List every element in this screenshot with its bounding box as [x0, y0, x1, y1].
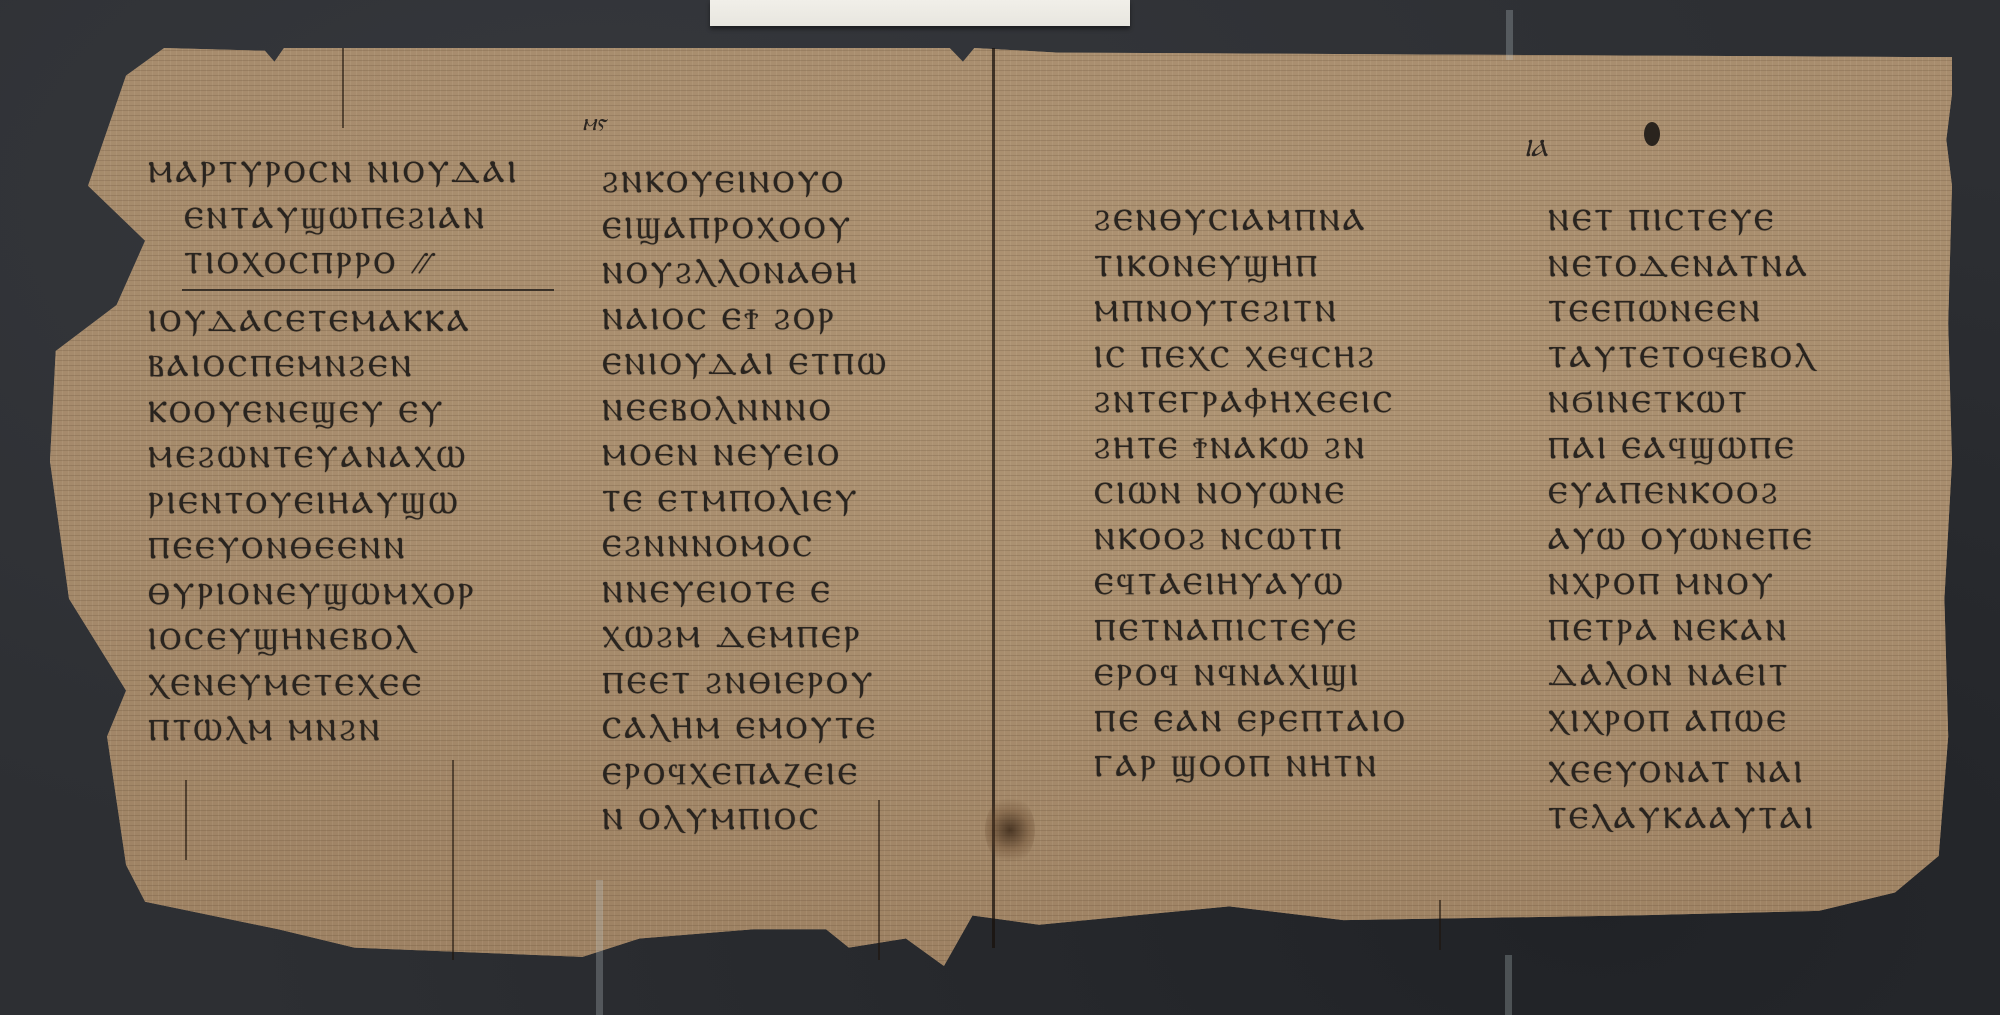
- text-line: ⲬⲈⲚⲈⲨⲘⲈⲦⲈⲬⲈⲈ: [148, 663, 519, 709]
- text-line: ⲄⲀⲢ ϢⲞⲞⲠ ⲚⲎⲦⲚ: [1094, 744, 1408, 790]
- text-line: ⲚϬⲒⲚⲈⲦⲔⲰⲦ: [1548, 380, 1817, 426]
- text-line: ⲚⲈⲦ ⲠⲒⲤⲦⲈⲨⲈ: [1548, 198, 1817, 244]
- papyrus-crack: [1439, 900, 1441, 950]
- mounting-tape: [1505, 955, 1512, 1015]
- text-line: ⲠⲦⲰⲖⲘ ⲘⲚϨⲚ: [148, 708, 519, 754]
- papyrus-crack: [185, 780, 187, 860]
- text-line: ⲦⲒⲞⲬⲞⲤⲠⲢⲢⲞ ⳼: [148, 241, 519, 287]
- text-line: ⲚⲔⲞⲞϨ ⲚⲤⲰⲦⲠ: [1094, 517, 1408, 563]
- text-line: ⲬⲰϨⲘ ⲆⲈⲘⲠⲈⲢ: [602, 615, 889, 661]
- right-leaf-column-1: ϨⲈⲚⲐⲨⲤⲒⲀⲘⲠⲚⲀ ⲦⲒⲔⲞⲚⲈⲨϢⲎⲠ ⲘⲠⲚⲞⲨⲦⲈϨⲒⲦⲚ ⲒⲤ Ⲡ…: [1094, 198, 1408, 790]
- text-line: ⲂⲀⲒⲞⲤⲠⲈⲘⲚϨⲈⲚ: [148, 344, 519, 390]
- text-line: ⲠⲈⲈⲦ ϨⲚⲐⲒⲈⲢⲞⲨ: [602, 661, 889, 707]
- text-line: ⲘⲠⲚⲞⲨⲦⲈϨⲒⲦⲚ: [1094, 289, 1408, 335]
- text-line: ⲠⲀⲒ ⲈⲀϤϢⲰⲠⲈ: [1548, 426, 1817, 472]
- dark-stain: [985, 795, 1035, 865]
- text-line: ⲦⲈ ⲈⲦⲘⲠⲞⲖⲒⲈⲨ: [602, 479, 889, 525]
- text-line: ϨⲎⲦⲈ ϮⲚⲀⲔⲰ ϨⲚ: [1094, 426, 1408, 472]
- text-line: ⲤⲀⲖⲎⲘ ⲈⲘⲞⲨⲦⲈ: [602, 706, 889, 752]
- text-line: ⲈⲚⲦⲀⲨϢⲰⲠⲈϨⲒⲀⲚ: [148, 196, 519, 242]
- text-line: ϨⲚⲔⲞⲨⲈⲒⲚⲞⲨⲞ: [602, 160, 889, 206]
- papyrus-crack: [342, 48, 344, 128]
- text-line: ⲤⲒⲰⲚ ⲚⲞⲨⲰⲚⲈ: [1094, 471, 1408, 517]
- text-line: ⲘⲈϨⲰⲚⲦⲈⲨⲀⲚⲀⲬⲰ: [148, 435, 519, 481]
- text-line: ⲚⲈⲦⲞⲆⲈⲚⲀⲦⲚⲀ: [1548, 244, 1817, 290]
- text-line: ⲚⲞⲨϨⲖⲖⲞⲚⲀⲐⲎ: [602, 251, 889, 297]
- text-line: ⲬⲈⲈⲨⲞⲚⲀⲦ ⲚⲀⲒ: [1548, 750, 1817, 796]
- text-line: ⲠⲈ ⲈⲀⲚ ⲈⲢⲈⲠⲦⲀⲒⲞ: [1094, 699, 1408, 745]
- text-line: ⲦⲈⲈⲠⲰⲚⲈⲈⲚ: [1548, 289, 1817, 335]
- ink-blot: [1644, 122, 1660, 146]
- text-line: ⲢⲒⲈⲚⲦⲞⲨⲈⲒⲎⲀⲨϢⲰ: [148, 481, 519, 527]
- text-line: ⲀⲨⲰ ⲞⲨⲰⲚⲈⲠⲈ: [1548, 517, 1817, 563]
- text-line: ⲚⲚⲈⲨⲈⲒⲞⲦⲈ Ⲉ: [602, 570, 889, 616]
- mounting-tape: [1506, 10, 1513, 60]
- papyrus-crack: [452, 760, 454, 960]
- text-line: ⲦⲒⲔⲞⲚⲈⲨϢⲎⲠ: [1094, 244, 1408, 290]
- right-page-number: ⲒⲀ: [1524, 134, 1548, 162]
- text-line: ⲒⲞⲤⲈⲨϢⲎⲚⲈⲂⲞⲖ: [148, 617, 519, 663]
- text-line: ϨⲈⲚⲐⲨⲤⲒⲀⲘⲠⲚⲀ: [1094, 198, 1408, 244]
- text-line: ⲠⲈⲦⲚⲀⲠⲒⲤⲦⲈⲨⲈ: [1094, 608, 1408, 654]
- text-line: ⲒⲞⲨⲆⲀⲤⲈⲦⲈⲘⲀⲔⲔⲀ: [148, 299, 519, 345]
- mounting-tape: [596, 880, 603, 1015]
- text-line: ⲒⲤ ⲠⲈⲬⲤ ⲬⲈϤⲤⲎϨ: [1094, 335, 1408, 381]
- text-line: ⲈⲢⲞϤⲬⲈⲠⲀⲌⲈⲒⲈ: [602, 752, 889, 798]
- paper-label-strip: [710, 0, 1130, 26]
- text-line: ⲘⲀⲢⲦⲨⲢⲞⲤⲚ ⲚⲒⲞⲨⲆⲀⲒ: [148, 150, 519, 196]
- text-line: ⲬⲒⲬⲢⲞⲠ ⲀⲠⲰⲈ: [1548, 699, 1817, 745]
- left-leaf-column-1: ⲘⲀⲢⲦⲨⲢⲞⲤⲚ ⲚⲒⲞⲨⲆⲀⲒ ⲈⲚⲦⲀⲨϢⲰⲠⲈϨⲒⲀⲚ ⲦⲒⲞⲬⲞⲤⲠⲢ…: [148, 150, 519, 754]
- text-line: ⲚⲀⲒⲞⲤ ⲈϮ ϨⲞⲢ: [602, 297, 889, 343]
- text-line: ⲈⲒϢⲀⲠⲢⲞⲬⲞⲞⲨ: [602, 206, 889, 252]
- text-line: ⲘⲞⲈⲚ ⲚⲈⲨⲈⲒⲞ: [602, 433, 889, 479]
- text-line: ⲠⲈⲈⲨⲞⲚⲐⲈⲈⲚⲚ: [148, 526, 519, 572]
- right-leaf-column-2: ⲚⲈⲦ ⲠⲒⲤⲦⲈⲨⲈ ⲚⲈⲦⲞⲆⲈⲚⲀⲦⲚⲀ ⲦⲈⲈⲠⲰⲚⲈⲈⲚ ⲦⲀⲨⲦⲈⲦ…: [1548, 198, 1817, 841]
- text-line: ⲦⲈⲖⲀⲨⲔⲀⲀⲨⲦⲀⲒ: [1548, 796, 1817, 842]
- text-line: Ⲛ ⲞⲖⲨⲘⲠⲒⲞⲤ: [602, 797, 889, 843]
- text-line: ⲈⲚⲒⲞⲨⲆⲀⲒ ⲈⲦⲠⲰ: [602, 342, 889, 388]
- text-line: ⲚⲬⲢⲞⲠ ⲘⲚⲞⲨ: [1548, 562, 1817, 608]
- text-line: ⲆⲀⲖⲞⲚ ⲚⲀⲈⲒⲦ: [1548, 653, 1817, 699]
- text-line: ϨⲚⲦⲈⲄⲢⲀⲪⲎⲬⲈⲈⲒⲤ: [1094, 380, 1408, 426]
- left-page-number: ⲙⲋ: [582, 108, 606, 136]
- text-line: ⲈⲢⲞϤ ⲚϤⲚⲀⲬⲒϢⲒ: [1094, 653, 1408, 699]
- text-line: ⲈⲨⲀⲠⲈⲚⲔⲞⲞϨ: [1548, 471, 1817, 517]
- text-line: ⲈϤⲦⲀⲈⲒⲎⲨⲀⲨⲰ: [1094, 562, 1408, 608]
- left-leaf-column-2: ϨⲚⲔⲞⲨⲈⲒⲚⲞⲨⲞ ⲈⲒϢⲀⲠⲢⲞⲬⲞⲞⲨ ⲚⲞⲨϨⲖⲖⲞⲚⲀⲐⲎ ⲚⲀⲒⲞ…: [602, 160, 889, 843]
- text-line: ⲐⲨⲢⲒⲞⲚⲈⲨϢⲰⲘⲬⲞⲢ: [148, 572, 519, 618]
- text-line: ⲔⲞⲞⲨⲈⲚⲈϢⲈⲨ ⲈⲨ: [148, 390, 519, 436]
- text-line: ⲦⲀⲨⲦⲈⲦⲞϤⲈⲂⲞⲖ: [1548, 335, 1817, 381]
- text-line: ⲚⲈⲈⲂⲞⲖⲚⲚⲚⲞ: [602, 388, 889, 434]
- text-line: ⲠⲈⲦⲢⲀ ⲚⲈⲔⲀⲚ: [1548, 608, 1817, 654]
- text-line: ⲈϨⲚⲚⲚⲞⲘⲞⲤ: [602, 524, 889, 570]
